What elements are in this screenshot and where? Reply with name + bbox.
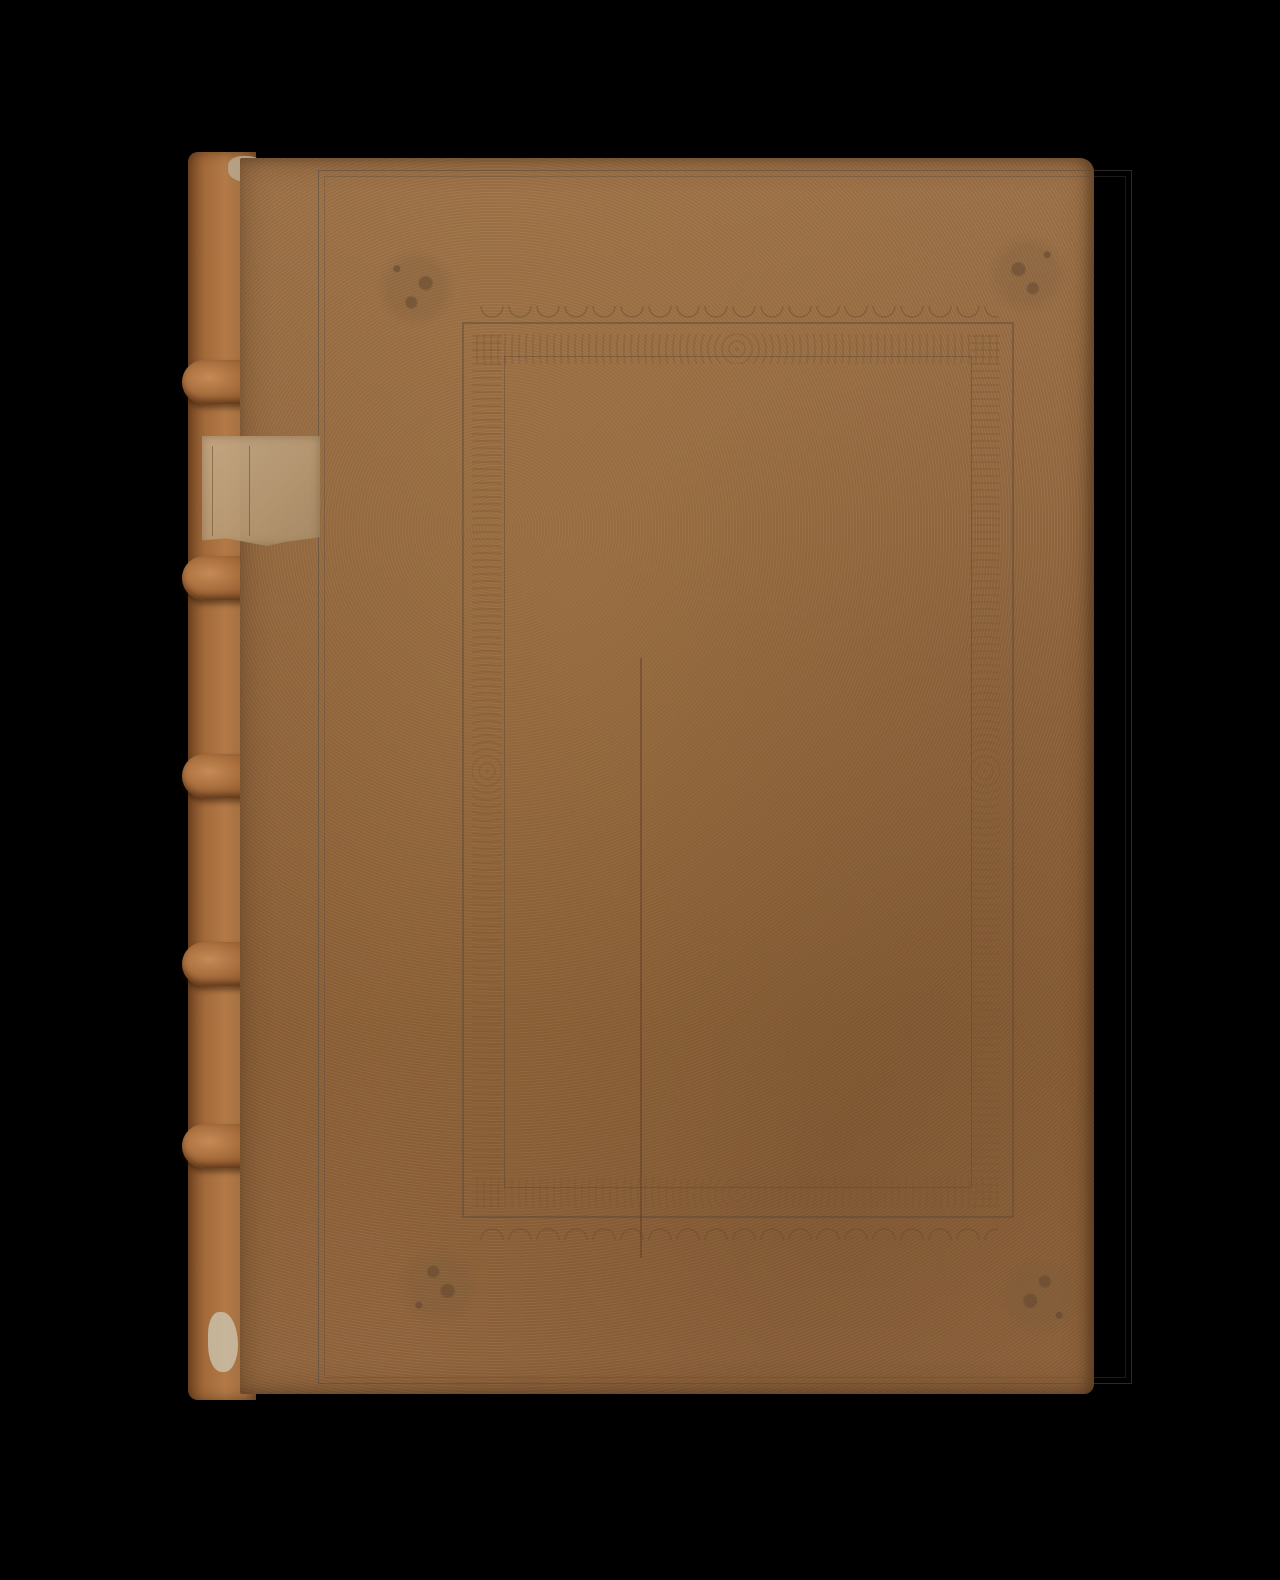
corner-fleuron-icon — [980, 226, 1076, 322]
book — [178, 152, 1098, 1400]
spine-paper-label — [202, 436, 320, 546]
corner-fleuron-icon — [992, 1248, 1088, 1344]
scalloped-roll-top — [478, 306, 998, 320]
center-crease — [640, 658, 642, 1258]
corner-fleuron-icon — [368, 240, 464, 336]
label-ruled-lines — [212, 446, 250, 536]
corner-fleuron-icon — [390, 1238, 486, 1334]
frayed-endband — [208, 1312, 238, 1372]
front-board — [240, 158, 1094, 1394]
panel-frame-inner — [504, 356, 972, 1188]
scalloped-roll-bottom — [478, 1226, 998, 1240]
